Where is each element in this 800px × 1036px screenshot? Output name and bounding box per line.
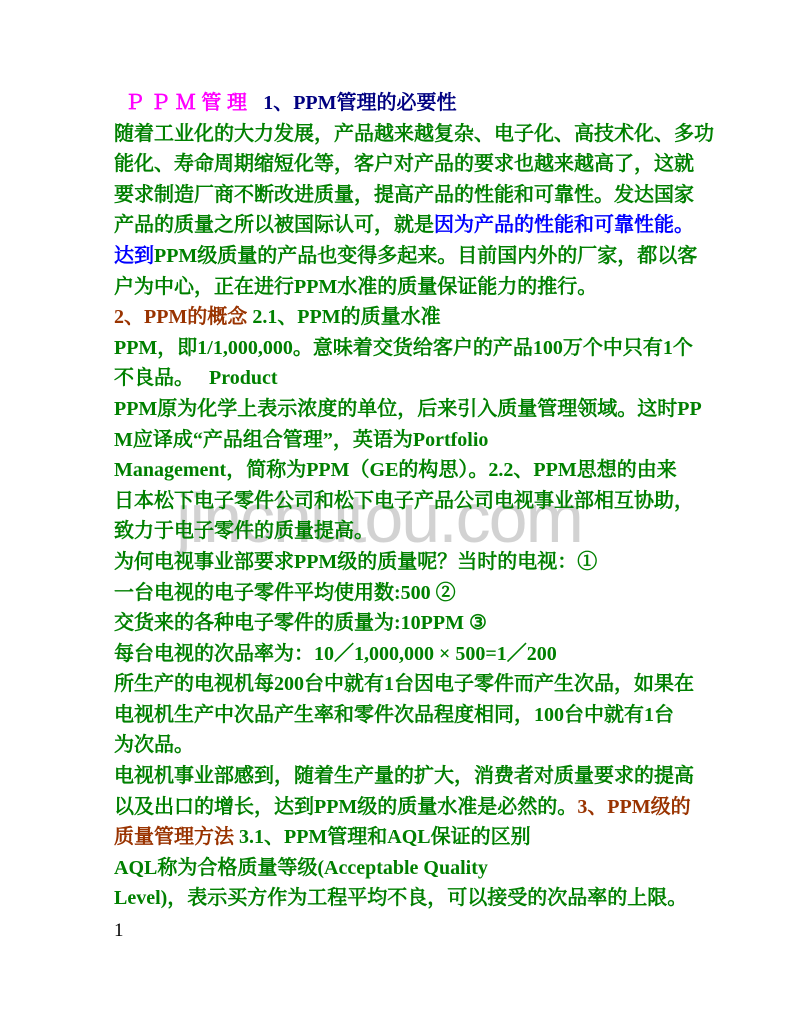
- text-line: 能化、寿命周期缩短化等，客户对产品的要求也越来越高了，这就: [114, 149, 714, 180]
- text-line: 致力于电子零件的质量提高。: [114, 516, 714, 547]
- text-run: 3、PPM级的: [577, 796, 690, 818]
- text-run: 以及出口的增长，达到PPM级的质量水准是必然的。: [114, 796, 577, 818]
- text-run: PPM，即1/1,000,000。意味着交货给客户的产品100万个中只有1个: [114, 337, 693, 359]
- text-run: 能化、寿命周期缩短化等，客户对产品的要求也越来越高了，这就: [114, 153, 694, 175]
- text-run: 质量管理方法: [114, 826, 234, 848]
- text-run: 产品的质量之所以被国际认可，就是: [114, 214, 434, 236]
- text-run: 交货来的各种电子零件的质量为:10PPM ③: [114, 612, 487, 634]
- text-line: 要求制造厂商不断改进质量，提高产品的性能和可靠性。发达国家: [114, 180, 714, 211]
- text-run: 致力于电子零件的质量提高。: [114, 520, 374, 542]
- text-run: ＰＰＭ管理: [114, 92, 263, 114]
- text-line: 电视机事业部感到，随着生产量的扩大，消费者对质量要求的提高: [114, 761, 714, 792]
- text-line: 不良品。 Product: [114, 363, 714, 394]
- text-line: 交货来的各种电子零件的质量为:10PPM ③: [114, 608, 714, 639]
- text-run: 3.1、PPM管理和AQL保证的区别: [234, 826, 531, 848]
- text-run: 每台电视的次品率为：10／1,000,000 × 500=1／200: [114, 643, 557, 665]
- document-body: ＰＰＭ管理 1、PPM管理的必要性随着工业化的大力发展，产品越来越复杂、电子化、…: [114, 88, 714, 947]
- text-line: 每台电视的次品率为：10／1,000,000 × 500=1／200: [114, 639, 714, 670]
- text-run: 为何电视事业部要求PPM级的质量呢？当时的电视：①: [114, 551, 597, 573]
- text-run: 电视机事业部感到，随着生产量的扩大，消费者对质量要求的提高: [114, 765, 694, 787]
- text-run: 户为中心，正在进行PPM水准的质量保证能力的推行。: [114, 276, 597, 298]
- text-run: 因为产品的性能和可靠性能。: [434, 214, 694, 236]
- page-number: 1: [114, 916, 714, 947]
- text-run: 达到: [114, 245, 154, 267]
- text-line: 达到PPM级质量的产品也变得多起来。目前国内外的厂家，都以客: [114, 241, 714, 272]
- text-line: 户为中心，正在进行PPM水准的质量保证能力的推行。: [114, 272, 714, 303]
- text-run: 为次品。: [114, 734, 194, 756]
- text-line: 以及出口的增长，达到PPM级的质量水准是必然的。3、PPM级的: [114, 792, 714, 823]
- text-line: 为何电视事业部要求PPM级的质量呢？当时的电视：①: [114, 547, 714, 578]
- text-run: 电视机生产中次品产生率和零件次品程度相同，100台中就有1台: [114, 704, 674, 726]
- text-line: Management，简称为PPM（GE的构思）。2.2、PPM思想的由来: [114, 455, 714, 486]
- text-run: M应译成“产品组合管理”，英语为Portfolio: [114, 429, 488, 451]
- text-line: 日本松下电子零件公司和松下电子产品公司电视事业部相互协助，: [114, 486, 714, 517]
- text-line: 随着工业化的大力发展，产品越来越复杂、电子化、高技术化、多功: [114, 119, 714, 150]
- text-run: 要求制造厂商不断改进质量，提高产品的性能和可靠性。发达国家: [114, 184, 694, 206]
- text-run: 1、PPM管理的必要性: [263, 92, 456, 114]
- text-run: 2.1、PPM的质量水准: [247, 306, 440, 328]
- text-line: 所生产的电视机每200台中就有1台因电子零件而产生次品，如果在: [114, 669, 714, 700]
- text-line: M应译成“产品组合管理”，英语为Portfolio: [114, 425, 714, 456]
- text-run: Level)，表示买方作为工程平均不良，可以接受的次品率的上限。: [114, 887, 687, 909]
- text-line: 为次品。: [114, 730, 714, 761]
- text-line: 2、PPM的概念 2.1、PPM的质量水准: [114, 302, 714, 333]
- text-line: PPM，即1/1,000,000。意味着交货给客户的产品100万个中只有1个: [114, 333, 714, 364]
- text-run: 一台电视的电子零件平均使用数:500 ②: [114, 582, 456, 604]
- text-line: 一台电视的电子零件平均使用数:500 ②: [114, 578, 714, 609]
- text-lines: ＰＰＭ管理 1、PPM管理的必要性随着工业化的大力发展，产品越来越复杂、电子化、…: [114, 88, 714, 914]
- text-run: AQL称为合格质量等级(Acceptable Quality: [114, 857, 488, 879]
- text-run: 2、PPM的概念: [114, 306, 247, 328]
- text-run: PPM级质量的产品也变得多起来。目前国内外的厂家，都以客: [154, 245, 697, 267]
- text-run: 所生产的电视机每200台中就有1台因电子零件而产生次品，如果在: [114, 673, 694, 695]
- text-run: Management，简称为PPM（GE的构思）。2.2、PPM思想的由来: [114, 459, 677, 481]
- text-line: AQL称为合格质量等级(Acceptable Quality: [114, 853, 714, 884]
- text-line: PPM原为化学上表示浓度的单位，后来引入质量管理领域。这时PP: [114, 394, 714, 425]
- text-line: ＰＰＭ管理 1、PPM管理的必要性: [114, 88, 714, 119]
- text-line: Level)，表示买方作为工程平均不良，可以接受的次品率的上限。: [114, 883, 714, 914]
- text-run: 随着工业化的大力发展，产品越来越复杂、电子化、高技术化、多功: [114, 123, 714, 145]
- text-line: 质量管理方法 3.1、PPM管理和AQL保证的区别: [114, 822, 714, 853]
- text-run: 日本松下电子零件公司和松下电子产品公司电视事业部相互协助，: [114, 490, 694, 512]
- text-line: 电视机生产中次品产生率和零件次品程度相同，100台中就有1台: [114, 700, 714, 731]
- text-line: 产品的质量之所以被国际认可，就是因为产品的性能和可靠性能。: [114, 210, 714, 241]
- text-run: PPM原为化学上表示浓度的单位，后来引入质量管理领域。这时PP: [114, 398, 702, 420]
- text-run: 不良品。 Product: [114, 367, 278, 389]
- document-page: jinchutou.com ＰＰＭ管理 1、PPM管理的必要性随着工业化的大力发…: [0, 0, 800, 1036]
